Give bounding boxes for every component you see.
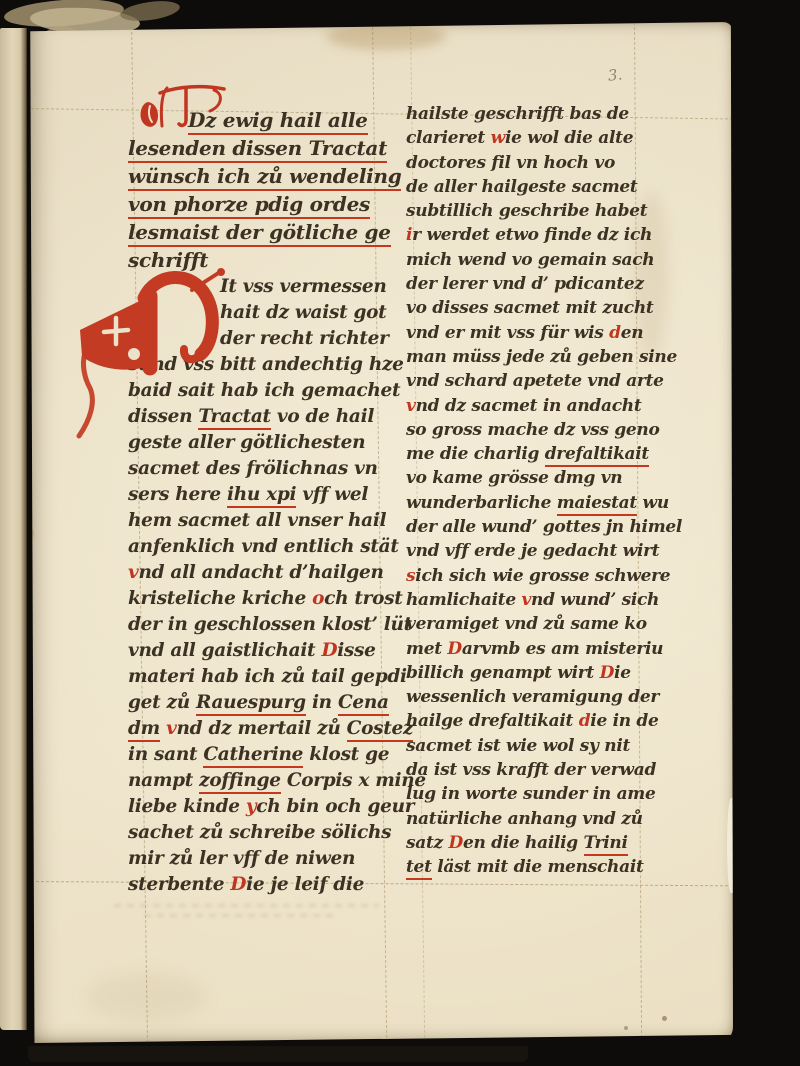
text-line: dissen Tractat vo de hail — [128, 404, 384, 430]
rubricated-text-segment: Dz ewig hail alle — [188, 108, 368, 135]
text-line: der recht richter — [128, 326, 384, 352]
previous-page-edge — [0, 28, 27, 1030]
rubricated-text-segment: D — [321, 640, 337, 661]
text-line: schrifft — [128, 246, 384, 274]
rubricated-text-segment: Rauespurg — [196, 692, 306, 716]
text-segment: da ist vss krafft der verwad — [406, 760, 656, 780]
text-segment: sers here — [128, 484, 227, 505]
text-line: natürliche anhang vnd zů — [406, 807, 674, 831]
text-segment: so gross mache dz vss geno — [406, 420, 660, 440]
text-segment: nd dz mertail zů — [177, 718, 347, 739]
text-segment: mich wend vo gemain sach — [406, 250, 654, 270]
rubricated-text-segment: maiestat — [557, 493, 637, 516]
text-segment: nd wund’ sich — [531, 590, 659, 610]
text-segment: hait dz waist got — [220, 302, 386, 323]
text-segment: sterbente — [128, 874, 230, 895]
text-line: billich genampt wirt Die — [406, 661, 674, 685]
text-line: so gross mache dz vss geno — [406, 418, 674, 442]
text-line: hailge drefaltikait die in de — [406, 709, 674, 733]
text-segment: der alle wund’ gottes jn himel — [406, 517, 682, 537]
text-line: get zů Rauespurg in Cena — [128, 690, 384, 716]
rubricated-text-segment: Tractat — [198, 406, 270, 430]
text-segment: man müss jede zů geben sine — [406, 347, 677, 367]
text-segment: clarieret — [406, 128, 491, 148]
rubricated-text-segment: v — [128, 562, 138, 583]
rubricated-text-segment: D — [449, 833, 463, 853]
text-segment: hailste geschrifft bas de — [406, 104, 629, 124]
text-segment: natürliche anhang vnd zů — [406, 809, 643, 829]
text-line: de aller hailgeste sacmet — [406, 175, 674, 199]
text-line: tet läst mit die menschait — [406, 855, 674, 879]
rubricated-text-segment: o — [312, 588, 324, 609]
text-line: doctores fil vn hoch vo — [406, 151, 674, 175]
rubricated-text-segment: ihu xpi — [227, 484, 296, 508]
text-segment: Corpis x mine — [281, 770, 426, 791]
text-line: vnd er mit vss für wis den — [406, 321, 674, 345]
text-line: ir werdet etwo finde dz ich — [406, 223, 674, 247]
folio-number: 3. — [607, 65, 623, 84]
text-segment: r werdet etwo finde dz ich — [412, 225, 652, 245]
rubricated-text-segment: w — [491, 128, 505, 148]
text-line: der in geschlossen klost’ lüt — [128, 612, 384, 638]
text-line: hailste geschrifft bas de — [406, 102, 674, 126]
text-segment: der in geschlossen klost’ lüt — [128, 614, 412, 635]
rubricated-text-segment: d — [609, 323, 621, 343]
text-line: der lerer vnd d’ pdicantez — [406, 272, 674, 296]
text-segment: vo kame grösse dmg vn — [406, 468, 622, 488]
text-segment: vo de hail — [271, 406, 374, 427]
rubricated-text-segment: lesmaist der götliche ge — [128, 220, 391, 247]
text-segment: anfenklich vnd entlich stät — [128, 536, 399, 557]
rubricated-text-segment: Cena — [338, 692, 389, 716]
text-segment: vo disses sacmet mit zucht — [406, 298, 653, 318]
text-segment: nampt — [128, 770, 199, 791]
text-segment: hem sacmet all vnser hail — [128, 510, 386, 531]
text-segment: sund vss bitt andechtig hze — [128, 354, 404, 375]
text-segment: satz — [406, 833, 449, 853]
text-line: sich sich wie grosse schwere — [406, 564, 674, 588]
text-line: Dz ewig hail alle — [128, 106, 384, 134]
text-line: sacmet des frölichnas vn — [128, 456, 384, 482]
rubricated-text-segment: drefaltikait — [545, 444, 649, 467]
parchment-stain — [86, 972, 206, 1022]
text-segment: en die hailig — [463, 833, 584, 853]
text-line: von phorze pdig ordes — [128, 190, 384, 218]
text-line: wunderbarliche maiestat wu — [406, 491, 674, 515]
text-line: vnd all gaistlichait Disse — [128, 638, 384, 664]
text-segment: kristeliche kriche — [128, 588, 312, 609]
rubricated-text-segment: dm — [128, 718, 160, 742]
text-segment: dissen — [128, 406, 198, 427]
text-segment: läst mit die menschait — [432, 857, 644, 877]
text-line: vnd dz sacmet in andacht — [406, 394, 674, 418]
text-segment: baid sait hab ich gemachet — [128, 380, 400, 401]
rubricated-text-segment: lesenden dissen Tractat — [128, 136, 387, 163]
text-line: vnd vff erde je gedacht wirt — [406, 539, 674, 563]
text-line: in sant Catherine klost ge — [128, 742, 384, 768]
text-line: lesenden dissen Tractat — [128, 134, 384, 162]
rubricated-text-segment: Trini — [584, 833, 628, 856]
foxing-dot — [624, 1026, 628, 1030]
text-segment: ich sich wie grosse schwere — [415, 566, 670, 586]
rubricated-text-segment: y — [246, 796, 256, 817]
text-segment: me die charlig — [406, 444, 545, 464]
text-line: clarieret wie wol die alte — [406, 126, 674, 150]
text-segment: en — [621, 323, 644, 343]
initial-block: It vss vermessenhait dz waist gotder rec… — [128, 274, 384, 352]
text-segment: ie in de — [590, 711, 658, 731]
text-segment: met — [406, 639, 447, 659]
text-line: hem sacmet all vnser hail — [128, 508, 384, 534]
edge-chip — [727, 798, 735, 893]
left-column-body: sund vss bitt andechtig hzebaid sait hab… — [128, 352, 384, 898]
rubricated-text-segment: v — [406, 396, 416, 416]
rubricated-text-segment: s — [406, 566, 415, 586]
text-segment: ie wol die alte — [505, 128, 633, 148]
text-segment: ie je leif die — [246, 874, 364, 895]
parchment-stain — [326, 22, 446, 50]
text-line: vnd all andacht d’hailgen — [128, 560, 384, 586]
text-segment: ch bin och geur — [256, 796, 414, 817]
text-segment: vnd all gaistlichait — [128, 640, 321, 661]
text-segment: vff wel — [296, 484, 368, 505]
rubricated-text-segment: Costez — [347, 718, 414, 742]
text-line: dm vnd dz mertail zů Costez — [128, 716, 384, 742]
text-segment: billich genampt wirt — [406, 663, 600, 683]
foxing-dot — [662, 1016, 667, 1021]
text-segment: ch trost — [324, 588, 402, 609]
manuscript-page: 3. Dz ewig hail allelesenden dissen Trac… — [26, 22, 733, 1043]
text-line: geste aller götlichesten — [128, 430, 384, 456]
text-segment: wu — [637, 493, 669, 513]
text-line: man müss jede zů geben sine — [406, 345, 674, 369]
text-line: sachet zů schreibe sölichs — [128, 820, 384, 846]
text-segment: nd all andacht d’hailgen — [138, 562, 383, 583]
text-line: wünsch ich zů wendeling — [128, 162, 384, 190]
right-text-column: hailste geschrifft bas declarieret wie w… — [406, 102, 674, 880]
text-line: hait dz waist got — [128, 300, 384, 326]
rubricated-text-segment: D — [600, 663, 614, 683]
text-segment: nd dz sacmet in andacht — [416, 396, 642, 416]
text-line: vo disses sacmet mit zucht — [406, 296, 674, 320]
rubricated-text-segment: tet — [406, 857, 432, 880]
rubricated-text-segment: d — [579, 711, 591, 731]
text-line: veramiget vnd zů same ko — [406, 612, 674, 636]
text-line: sacmet ist wie wol sy nit — [406, 734, 674, 758]
text-line: liebe kinde ych bin och geur — [128, 794, 384, 820]
text-segment: mir zů ler vff de niwen — [128, 848, 355, 869]
text-segment: liebe kinde — [128, 796, 246, 817]
text-segment: ie — [614, 663, 631, 683]
text-line: sterbente Die je leif die — [128, 872, 384, 898]
text-line: lug in worte sunder in ame — [406, 782, 674, 806]
text-line: da ist vss krafft der verwad — [406, 758, 674, 782]
text-line: sund vss bitt andechtig hze — [128, 352, 384, 378]
text-line: subtillich geschribe habet — [406, 199, 674, 223]
text-segment: veramiget vnd zů same ko — [406, 614, 647, 634]
text-line: wessenlich veramigung der — [406, 685, 674, 709]
text-segment: geste aller götlichesten — [128, 432, 365, 453]
text-segment: der recht richter — [220, 328, 389, 349]
text-line: me die charlig drefaltikait — [406, 442, 674, 466]
text-segment: de aller hailgeste sacmet — [406, 177, 638, 197]
text-segment: schrifft — [128, 248, 208, 272]
text-segment: hailge drefaltikait — [406, 711, 579, 731]
text-line: lesmaist der götliche ge — [128, 218, 384, 246]
text-segment: in — [306, 692, 338, 713]
text-segment: wessenlich veramigung der — [406, 687, 659, 707]
text-segment: sacmet ist wie wol sy nit — [406, 736, 630, 756]
rubricated-text-segment: D — [230, 874, 246, 895]
left-text-column: Dz ewig hail allelesenden dissen Tractat… — [128, 106, 384, 898]
text-line: materi hab ich zů tail gepdi — [128, 664, 384, 690]
text-segment: sacmet des frölichnas vn — [128, 458, 378, 479]
verso-show-through — [114, 898, 379, 924]
text-line: hamlichaite vnd wund’ sich — [406, 588, 674, 612]
text-segment: doctores fil vn hoch vo — [406, 153, 615, 173]
text-line: met Darvmb es am misteriu — [406, 637, 674, 661]
rubricated-text-segment: v — [166, 718, 176, 739]
text-segment: isse — [337, 640, 375, 661]
text-segment: in sant — [128, 744, 203, 765]
text-line: mir zů ler vff de niwen — [128, 846, 384, 872]
rubricated-text-segment: wünsch ich zů wendeling — [128, 164, 401, 191]
text-line: vo kame grösse dmg vn — [406, 466, 674, 490]
text-segment: wunderbarliche — [406, 493, 557, 513]
text-line: mich wend vo gemain sach — [406, 248, 674, 272]
text-segment: lug in worte sunder in ame — [406, 784, 656, 804]
dedication-block: Dz ewig hail allelesenden dissen Tractat… — [128, 106, 384, 274]
text-segment: der lerer vnd d’ pdicantez — [406, 274, 644, 294]
rubricated-text-segment: Catherine — [203, 744, 303, 768]
text-segment: klost ge — [303, 744, 389, 765]
book-cover-edge — [28, 1046, 528, 1062]
text-segment: hamlichaite — [406, 590, 521, 610]
text-segment: vnd er mit vss für wis — [406, 323, 609, 343]
text-line: sers here ihu xpi vff wel — [128, 482, 384, 508]
text-line: baid sait hab ich gemachet — [128, 378, 384, 404]
text-segment: get zů — [128, 692, 196, 713]
text-line: It vss vermessen — [128, 274, 384, 300]
text-segment: It vss vermessen — [220, 276, 387, 297]
text-segment: vnd schard apetete vnd arte — [406, 371, 664, 391]
text-line: satz Den die hailig Trini — [406, 831, 674, 855]
rubricated-text-segment: D — [447, 639, 461, 659]
rubricated-text-segment: von phorze pdig ordes — [128, 192, 370, 219]
text-line: der alle wund’ gottes jn himel — [406, 515, 674, 539]
text-segment: sachet zů schreibe sölichs — [128, 822, 391, 843]
text-line: anfenklich vnd entlich stät — [128, 534, 384, 560]
text-line: nampt zoffinge Corpis x mine — [128, 768, 384, 794]
text-segment: vnd vff erde je gedacht wirt — [406, 541, 659, 561]
text-segment: materi hab ich zů tail gepdi — [128, 666, 407, 687]
text-line: vnd schard apetete vnd arte — [406, 369, 674, 393]
text-segment: subtillich geschribe habet — [406, 201, 647, 221]
text-segment: arvmb es am misteriu — [462, 639, 663, 659]
rubricated-text-segment: v — [521, 590, 531, 610]
text-line: kristeliche kriche och trost — [128, 586, 384, 612]
photo-background: 3. Dz ewig hail allelesenden dissen Trac… — [0, 0, 800, 1066]
rubricated-text-segment: zoffinge — [199, 770, 281, 794]
